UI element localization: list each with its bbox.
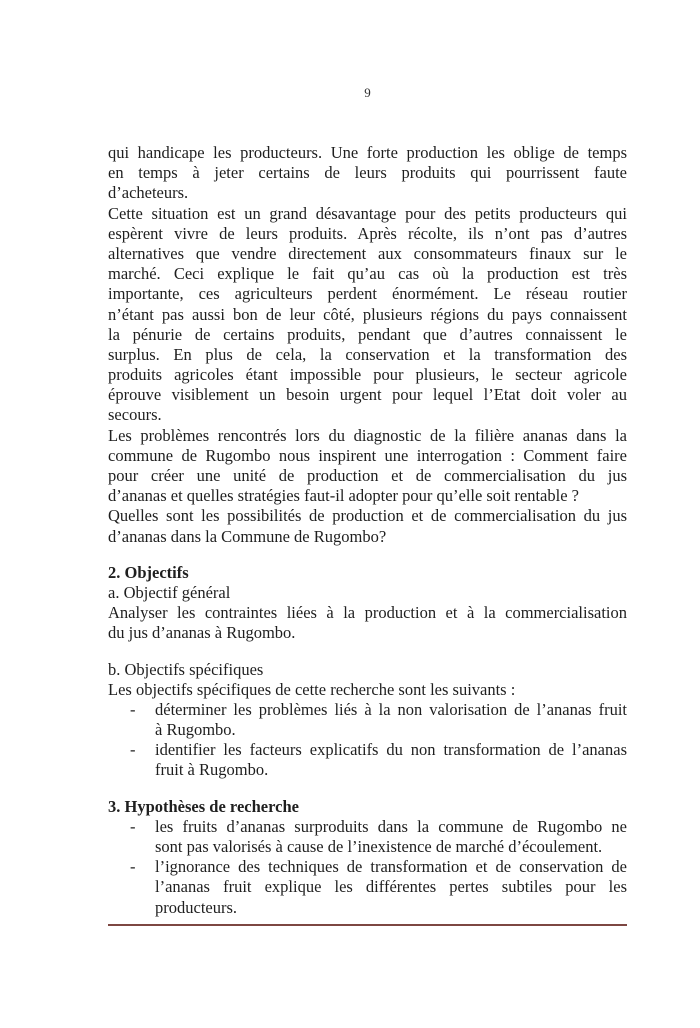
bullet-dash: - xyxy=(130,740,136,760)
paragraph: b. Objectifs spécifiques xyxy=(108,660,627,680)
footer-rule xyxy=(108,924,627,926)
text-line: en temps à jeter certains de leurs produ… xyxy=(108,163,627,183)
text-line: producteurs. xyxy=(155,898,627,918)
text-line: commune de Rugombo nous inspirent une in… xyxy=(108,446,627,466)
text-line: les fruits d’ananas surproduits dans la … xyxy=(155,817,627,837)
text-line: Quelles sont les possibilités de product… xyxy=(108,506,627,526)
text-line: d’acheteurs. xyxy=(108,183,627,203)
text-line: Les problèmes rencontrés lors du diagnos… xyxy=(108,426,627,446)
text-line: Les objectifs spécifiques de cette reche… xyxy=(108,680,627,700)
paragraph: a. Objectif général xyxy=(108,583,627,603)
text-line: l’ignorance des techniques de transforma… xyxy=(155,857,627,877)
text-line: Cette situation est un grand désavantage… xyxy=(108,204,627,224)
bullet-item: -déterminer les problèmes liés à la non … xyxy=(108,700,627,740)
text-line: a. Objectif général xyxy=(108,583,627,603)
text-line: identifier les facteurs explicatifs du n… xyxy=(155,740,627,760)
paragraph: Les problèmes rencontrés lors du diagnos… xyxy=(108,426,627,507)
section-heading: 2. Objectifs xyxy=(108,563,627,583)
bullet-dash: - xyxy=(130,700,136,720)
bullet-item: -identifier les facteurs explicatifs du … xyxy=(108,740,627,780)
text-line: surplus. En plus de cela, la conservatio… xyxy=(108,345,627,365)
bullet-dash: - xyxy=(130,857,136,877)
text-line: l’ananas fruit explique les différentes … xyxy=(155,877,627,897)
text-line: à Rugombo. xyxy=(155,720,627,740)
text-line: n’étant pas aussi bon de leur côté, plus… xyxy=(108,305,627,325)
paragraph: Quelles sont les possibilités de product… xyxy=(108,506,627,546)
text-line: alternatives que vendre directement aux … xyxy=(108,244,627,264)
text-line: espèrent vivre de leurs produits. Après … xyxy=(108,224,627,244)
blank-line xyxy=(108,547,627,563)
blank-line xyxy=(108,644,627,660)
text-line: déterminer les problèmes liés à la non v… xyxy=(155,700,627,720)
text-line: du jus d’ananas à Rugombo. xyxy=(108,623,627,643)
text-line: sont pas valorisés à cause de l’inexiste… xyxy=(155,837,627,857)
text-line: secours. xyxy=(108,405,627,425)
text-line: d’ananas dans la Commune de Rugombo? xyxy=(108,527,627,547)
text-line: d’ananas et quelles stratégies faut-il a… xyxy=(108,486,627,506)
document-page: 9 qui handicape les producteurs. Une for… xyxy=(0,0,700,1028)
text-line: produits agricoles étant impossible pour… xyxy=(108,365,627,385)
blank-line xyxy=(108,781,627,797)
document-body: qui handicape les producteurs. Une forte… xyxy=(108,143,627,918)
paragraph: Les objectifs spécifiques de cette reche… xyxy=(108,680,627,700)
section-heading: 3. Hypothèses de recherche xyxy=(108,797,627,817)
text-line: importante, ces agriculteurs perdent éno… xyxy=(108,284,627,304)
bullet-item: -l’ignorance des techniques de transform… xyxy=(108,857,627,918)
text-line: éprouve visiblement un besoin urgent pou… xyxy=(108,385,627,405)
bullet-dash: - xyxy=(130,817,136,837)
text-line: b. Objectifs spécifiques xyxy=(108,660,627,680)
text-line: la pénurie de certains produits, pendant… xyxy=(108,325,627,345)
paragraph: Cette situation est un grand désavantage… xyxy=(108,204,627,426)
text-line: fruit à Rugombo. xyxy=(155,760,627,780)
text-line: Analyser les contraintes liées à la prod… xyxy=(108,603,627,623)
text-line: qui handicape les producteurs. Une forte… xyxy=(108,143,627,163)
text-line: marché. Ceci explique le fait qu’au cas … xyxy=(108,264,627,284)
bullet-item: -les fruits d’ananas surproduits dans la… xyxy=(108,817,627,857)
page-number: 9 xyxy=(108,85,627,101)
paragraph: Analyser les contraintes liées à la prod… xyxy=(108,603,627,643)
text-line: pour créer une unité de production et de… xyxy=(108,466,627,486)
paragraph: qui handicape les producteurs. Une forte… xyxy=(108,143,627,204)
